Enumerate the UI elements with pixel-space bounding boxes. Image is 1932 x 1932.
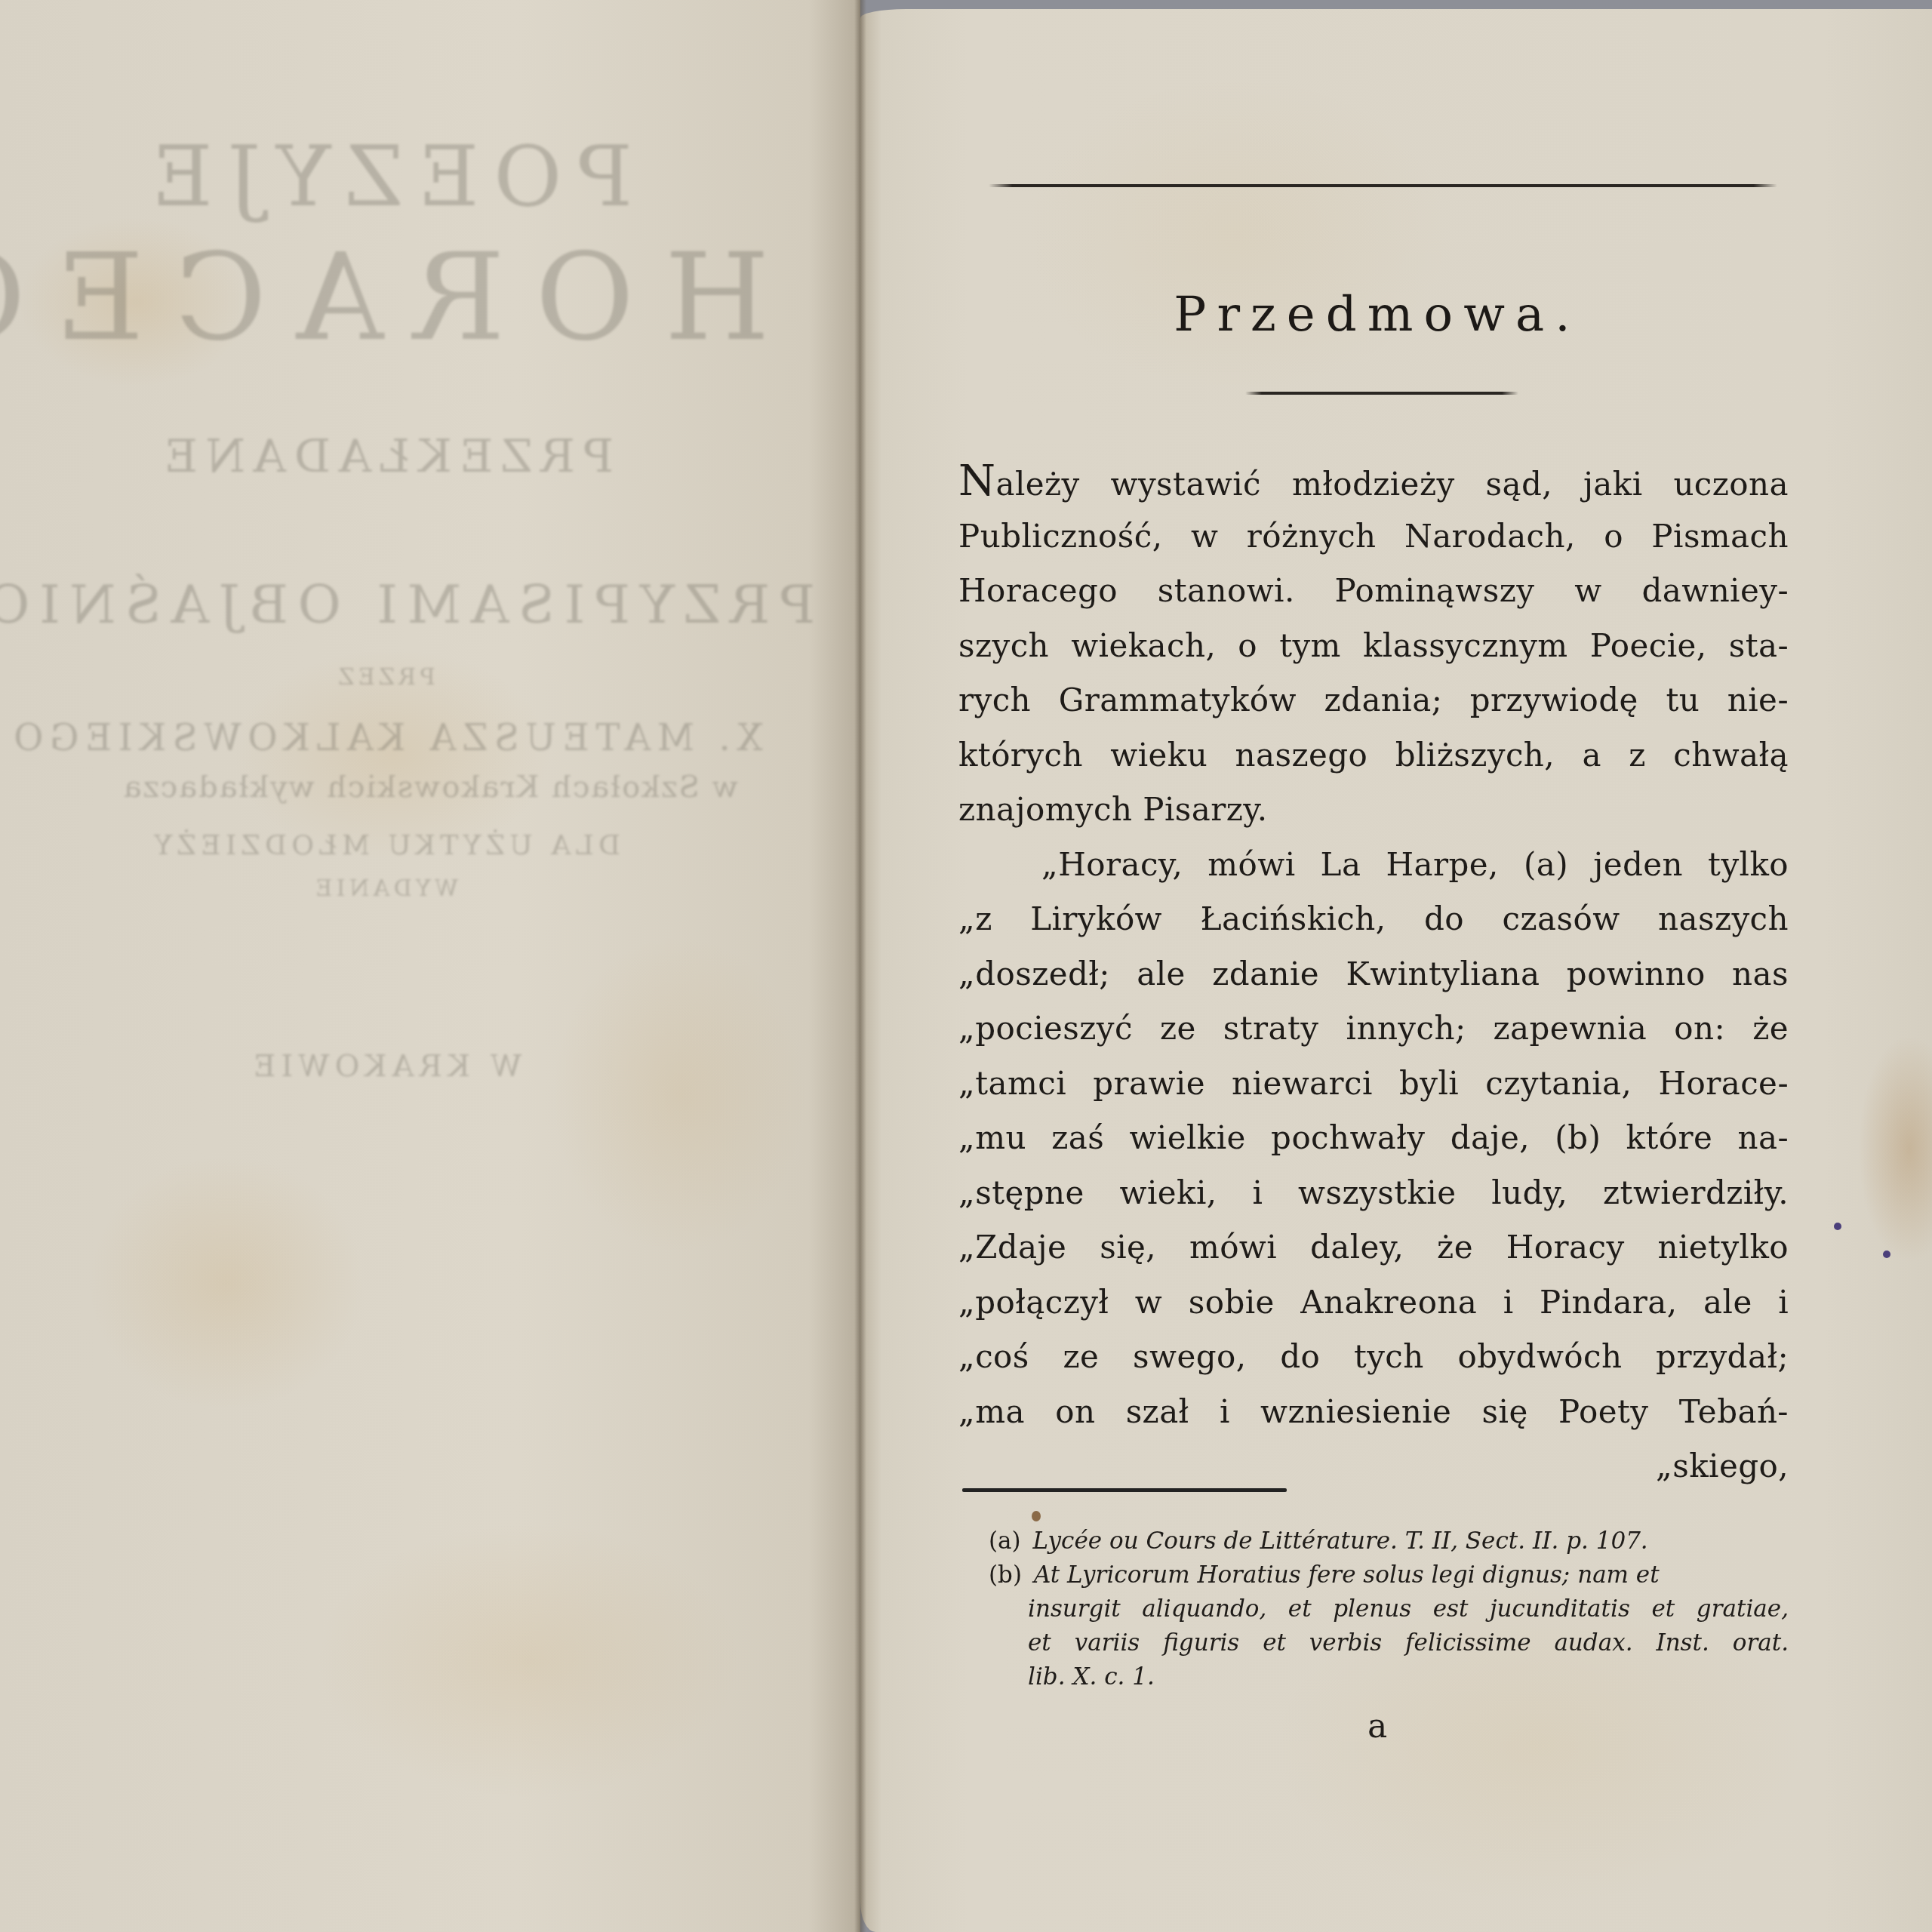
bleed-line: PRZEZ: [0, 664, 770, 691]
footnote-b: (b) At Lyricorum Horatius fere solus leg…: [989, 1558, 1789, 1694]
text-line: „mu zaś wielkie pochwały daje, (b) które…: [958, 1111, 1789, 1166]
text-line: „ma on szał i wzniesienie się Poety Teba…: [958, 1385, 1789, 1440]
text-line: Horacego stanowi. Pominąwszy w dawniey-: [958, 564, 1789, 619]
text-line: „pocieszyć ze straty innych; zapewnia on…: [958, 1001, 1789, 1057]
bleed-line: WYDANIE: [0, 875, 770, 902]
footnote-text: insurgit aliquando, et plenus est jucund…: [989, 1592, 1789, 1626]
text-line: „stępne wieki, i wszystkie ludy, ztwierd…: [958, 1166, 1789, 1221]
bleed-line: DLA UŻYTKU MŁODZIEŻY: [0, 830, 770, 861]
bleed-through-text: POEZYJE HORACEGO PRZEKŁADANE PRZYPISAMI …: [0, 0, 860, 1932]
text-line: których wieku naszego bliższych, a z chw…: [958, 728, 1789, 783]
book-spread: POEZYJE HORACEGO PRZEKŁADANE PRZYPISAMI …: [0, 0, 1932, 1932]
drop-cap: N: [958, 457, 995, 506]
page-title: Przedmowa.: [958, 287, 1796, 343]
text-line: Publiczność, w różnych Narodach, o Pisma…: [958, 509, 1789, 565]
bleed-line: POEZYJE: [0, 128, 770, 225]
body-text: Należy wystawić młodzieży sąd, jaki uczo…: [958, 454, 1789, 1494]
bleed-line: w Szkołach Krakowskich wykładacza: [0, 770, 860, 804]
footnote-text: At Lyricorum Horatius fere solus legi di…: [1034, 1561, 1660, 1589]
text-line: „tamci prawie niewarci byli czytania, Ho…: [958, 1057, 1789, 1112]
text-line: szych wiekach, o tym klassycznym Poecie,…: [958, 619, 1789, 674]
footnote-text: Lycée ou Cours de Littérature. T. II, Se…: [1033, 1527, 1648, 1555]
header-rule: [989, 184, 1777, 187]
bleed-line: PRZEKŁADANE: [0, 430, 770, 483]
text-line: znajomych Pisarzy.: [958, 783, 1789, 838]
text-line: Należy wystawić młodzieży sąd, jaki uczo…: [958, 454, 1789, 509]
text-line: „Zdaje się, mówi daley, że Horacy nietyl…: [958, 1220, 1789, 1275]
text-line: „z Liryków Łacińskich, do czasów naszych: [958, 892, 1789, 947]
bleed-line: PRZYPISAMI OBJAŚNIONE: [0, 574, 815, 635]
footnote-mark: (b): [989, 1561, 1022, 1589]
footnote-text: lib. X. c. 1.: [989, 1660, 1789, 1694]
footnotes: (a) Lycée ou Cours de Littérature. T. II…: [989, 1524, 1789, 1694]
text-line: „połączył w sobie Anakreona i Pindara, a…: [958, 1275, 1789, 1331]
footnote-text: et variis figuris et verbis felicissime …: [989, 1626, 1789, 1660]
bleed-line: X. MATEUSZA KALKOWSKIEGO: [0, 717, 770, 759]
ink-spot: [1883, 1251, 1890, 1258]
text-line: „Horacy, mówi La Harpe, (a) jeden tylko: [958, 838, 1789, 893]
text-line: rych Grammatyków zdania; przywiodę tu ni…: [958, 673, 1789, 728]
bleed-line: W KRAKOWIE: [0, 1049, 770, 1084]
footnote-mark: (a): [989, 1527, 1021, 1555]
title-rule: [1245, 392, 1518, 395]
footnote-a: (a) Lycée ou Cours de Littérature. T. II…: [989, 1524, 1789, 1558]
catchword: „skiego,: [958, 1439, 1789, 1494]
left-page: POEZYJE HORACEGO PRZEKŁADANE PRZYPISAMI …: [0, 0, 860, 1932]
bleed-line: HORACEGO: [0, 226, 770, 368]
footnote-rule: [962, 1488, 1287, 1492]
signature-mark: a: [958, 1707, 1796, 1746]
ink-spot: [1834, 1223, 1841, 1230]
text-line: „coś ze swego, do tych obydwóch przydał;: [958, 1330, 1789, 1385]
text-line: „doszedł; ale zdanie Kwintyliana powinno…: [958, 947, 1789, 1002]
foxing-spot: [1032, 1511, 1041, 1521]
gutter: [854, 0, 866, 1932]
